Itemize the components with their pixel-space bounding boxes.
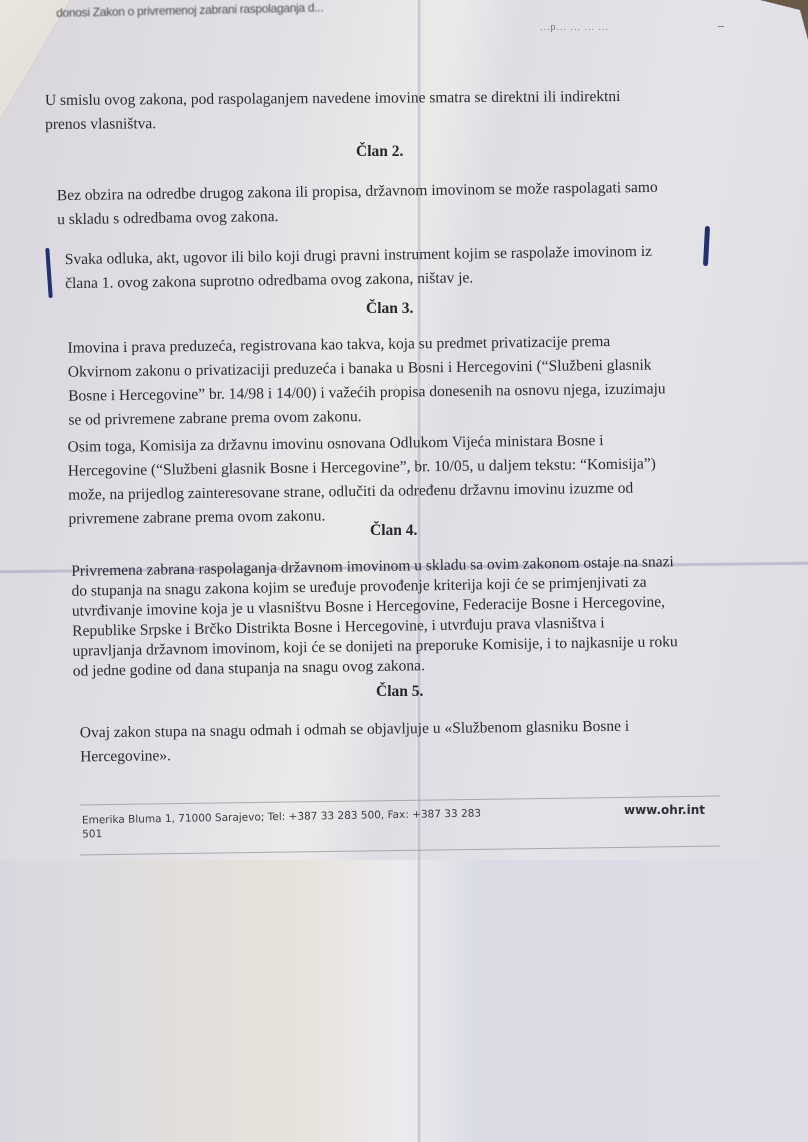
article-4-heading: Član 4. [370,522,417,540]
article-5-heading: Član 5. [376,683,423,701]
page-shadow [0,860,808,1142]
article-3-heading: Član 3. [366,300,413,318]
article-2-heading: Član 2. [356,143,403,161]
article-4-paragraph-1: Privremena zabrana raspolaganja državnom… [71,552,678,681]
running-header-right: ...p... ... ... ... [540,22,609,32]
article-3-paragraph-1: Imovina i prava preduzeća, registrovana … [67,329,666,432]
article-2-paragraph-2: Svaka odluka, akt, ugovor ili bilo koji … [65,240,653,296]
footer-website: www.ohr.int [624,803,705,817]
page-number-dash: – [718,18,724,33]
article-3-paragraph-2: Osim toga, Komisija za državnu imovinu o… [67,428,656,531]
article-2-paragraph-1: Bez obzira na odredbe drugog zakona ili … [57,176,658,232]
intro-paragraph: U smislu ovog zakona, pod raspolaganjem … [45,85,621,137]
article-5-paragraph-1: Ovaj zakon stupa na snagu odmah i odmah … [80,715,630,770]
